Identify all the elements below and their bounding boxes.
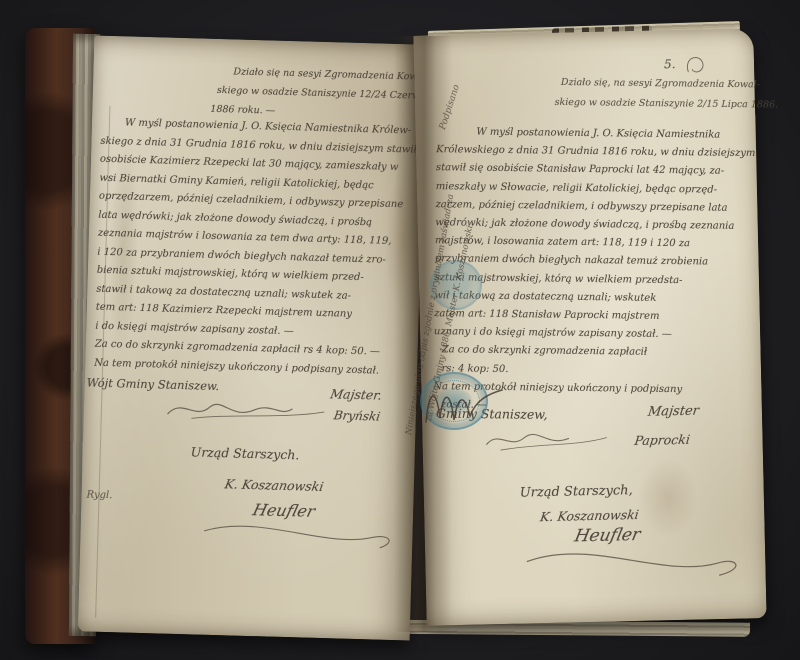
- signature-underline-flourish: [521, 534, 752, 585]
- elders-office-caption: Urząd Starszych,: [520, 483, 633, 501]
- signature-underline-flourish: [200, 509, 401, 555]
- elder-signature-1: K. Koszanowski: [224, 476, 325, 494]
- elder-signature-1: K. Koszanowski: [539, 507, 640, 524]
- right-protocol-heading: Działo się, na sesyi Zgromadzenia Kowal-…: [555, 73, 779, 116]
- right-page: 5. Działo się, na sesyi Zgromadzenia Kow…: [413, 28, 766, 626]
- margin-note: Rygl.: [86, 489, 112, 501]
- majster-signature: Bryński: [333, 408, 382, 423]
- majster-label: Majster: [647, 404, 700, 420]
- right-protocol-body: W myśl postanowienia J. O. Księcia Namie…: [433, 123, 745, 418]
- heading-line: Działo się, na sesyi Zgromadzenia Kowal-: [555, 73, 779, 96]
- page-number: 5.: [664, 57, 676, 71]
- elders-office-caption: Urząd Starszych.: [191, 444, 300, 462]
- left-protocol-body: W myśl postanowienia J. O. Księcia Namie…: [94, 114, 417, 382]
- left-page: Działo się na sesyi Zgromadzenia Kowal- …: [78, 35, 427, 640]
- majster-signature: Paprocki: [634, 432, 691, 448]
- majster-label: Majster.: [329, 386, 383, 402]
- wojt-signature-caption: Wójt Gminy Staniszew.: [87, 375, 220, 393]
- paper-stain: [637, 458, 699, 539]
- wojt-signature-flourish: [162, 394, 333, 429]
- photograph-background: Działo się na sesyi Zgromadzenia Kowal- …: [0, 0, 800, 660]
- heading-line: skiego w osadzie Staniszynie 2/15 Lipca …: [555, 93, 779, 116]
